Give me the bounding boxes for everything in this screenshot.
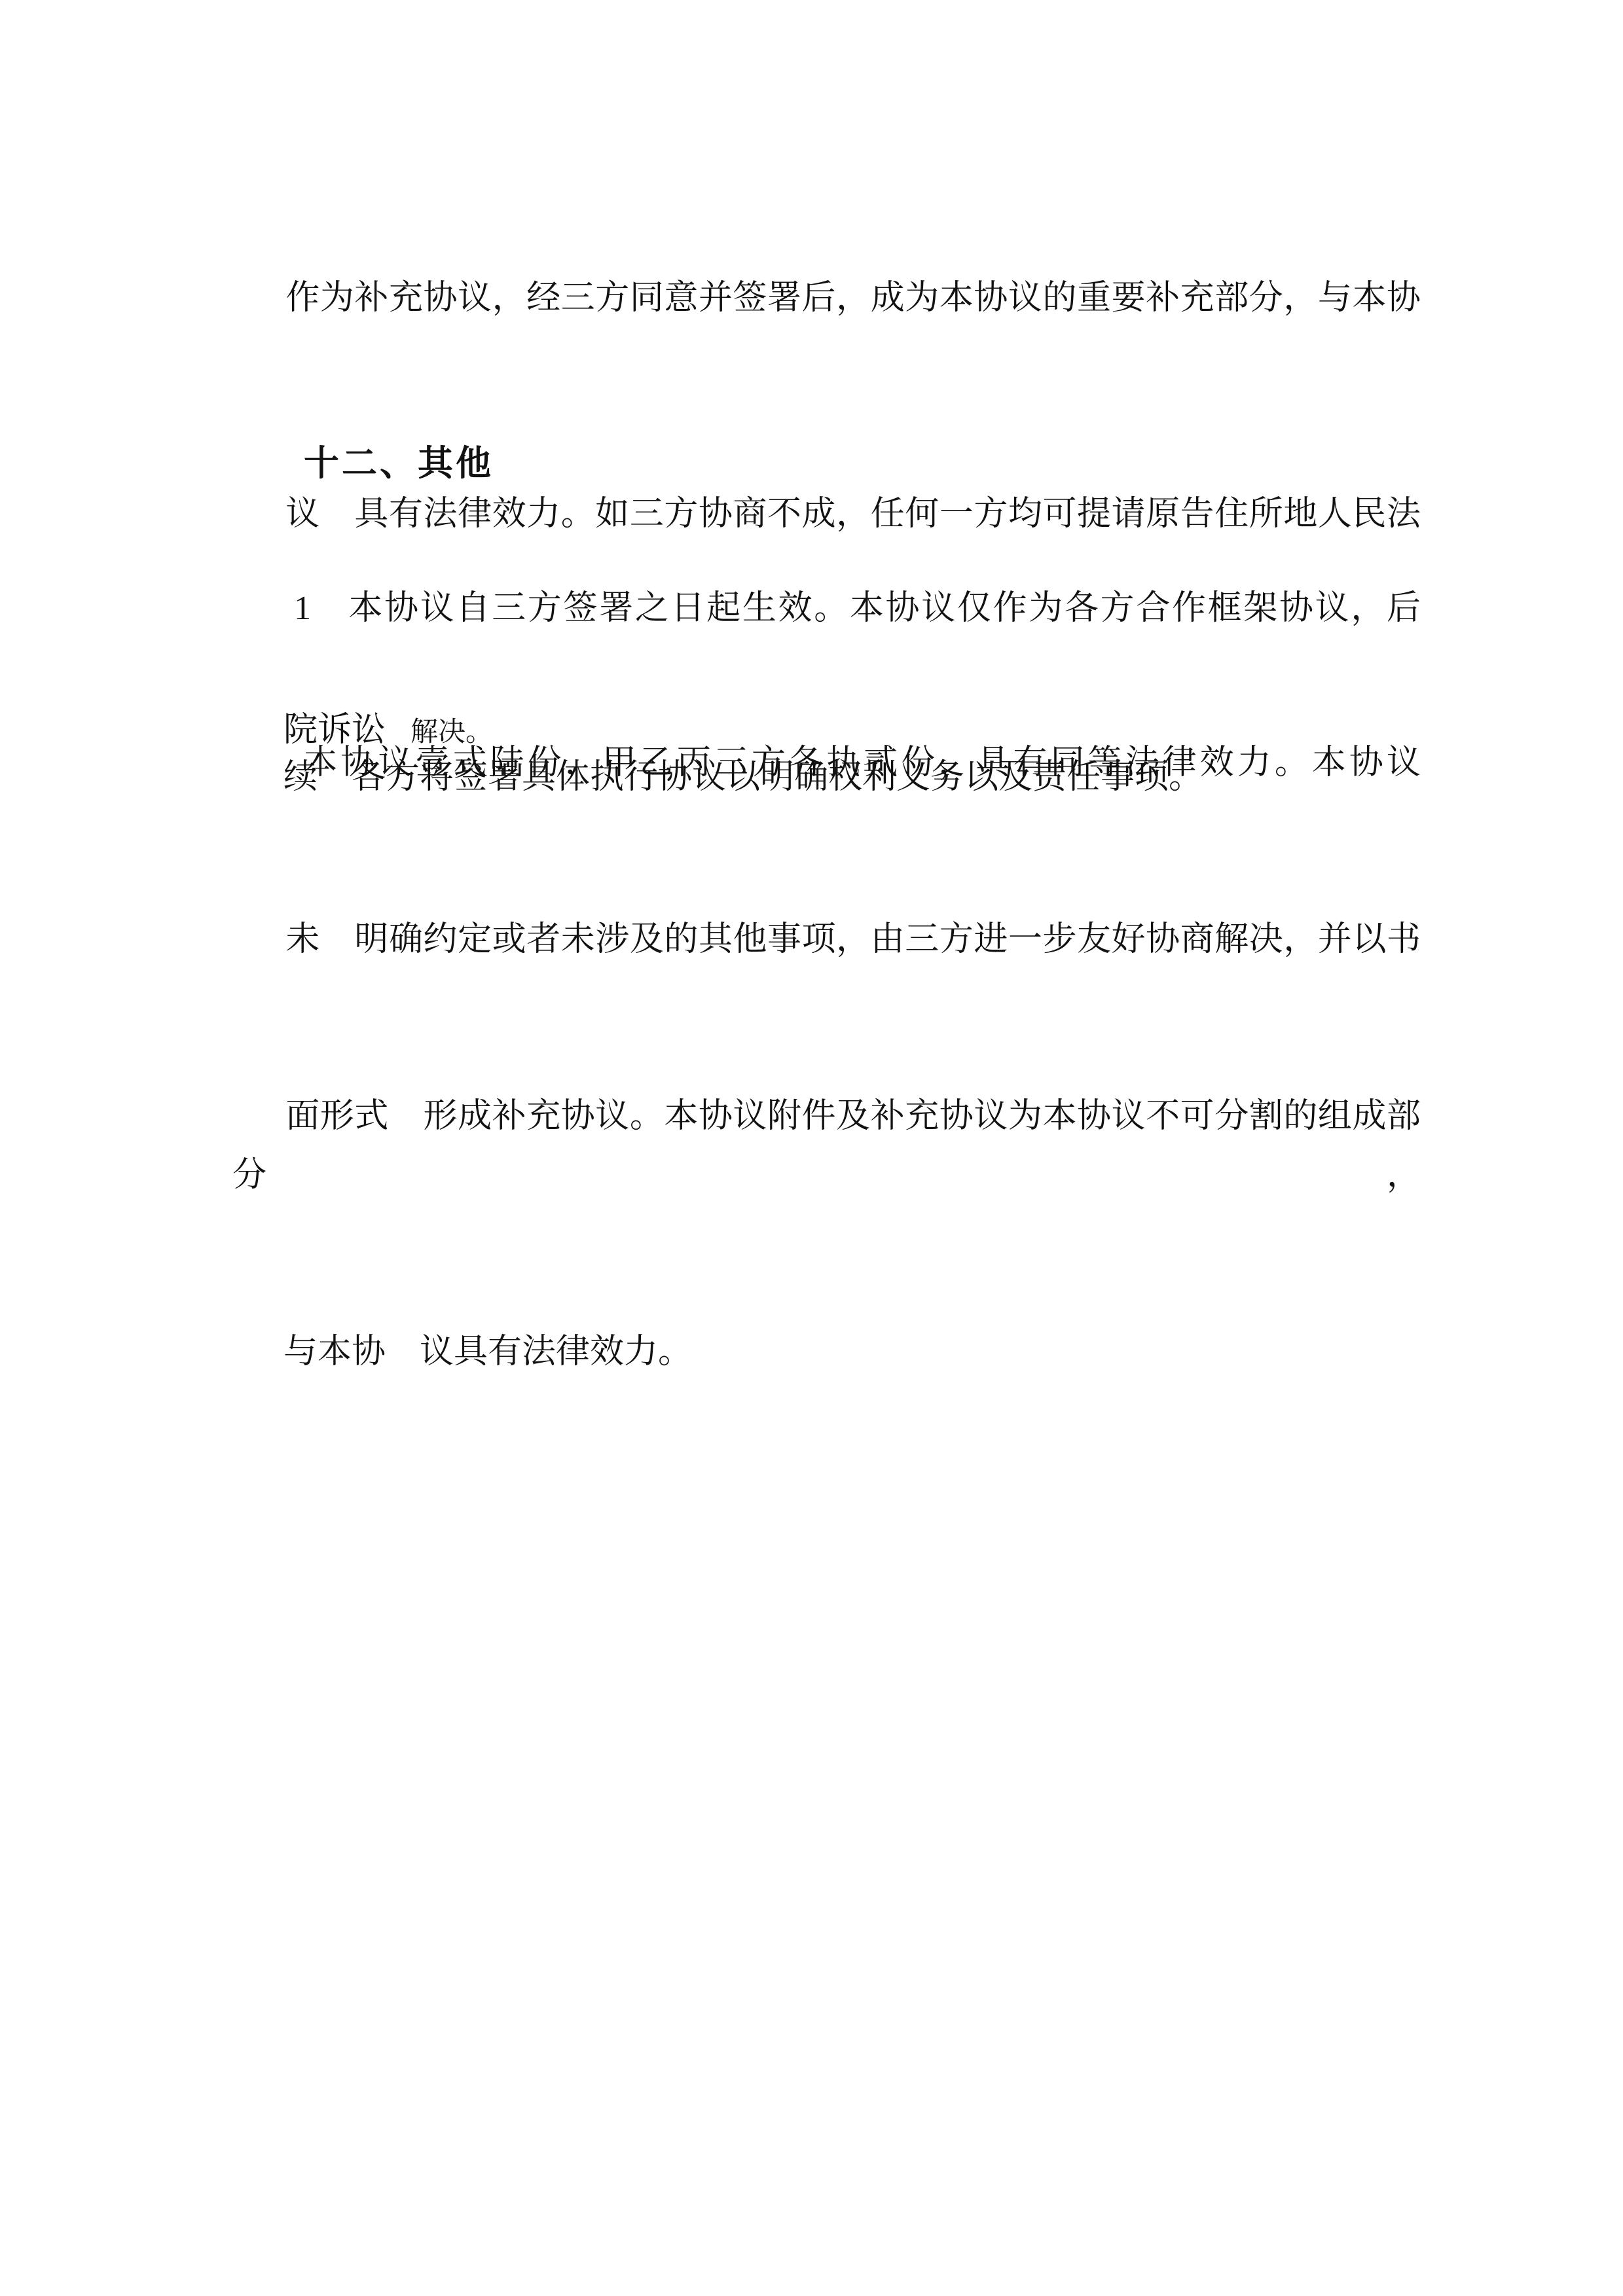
section-heading-12-other: 十二、其他 [304,439,494,488]
line-text: 作为补充协议，经三方同意并签署后，成为本协议的重要补充部分，与本协 [285,279,1421,317]
paragraph-line: 与本协 议具有法律效力。 [232,1264,1421,1441]
paragraph-counterparts: 本协议壹式陆份，甲乙丙三方各执贰份，具有同等法律效力。本协议 未 明确约定或者未… [232,675,1421,1441]
paragraph-line: 未 明确约定或者未涉及的其他事项，由三方进一步友好协商解决，并以书 [232,852,1421,1028]
line-text: 未 明确约定或者未涉及的其他事项，由三方进一步友好协商解决，并以书 [285,921,1421,958]
document-page: 作为补充协议，经三方同意并签署后，成为本协议的重要补充部分，与本协 议 具有法律… [0,0,1623,2296]
line-text: 与本协 议具有法律效力。 [283,1333,692,1371]
line-text: 本协议壹式陆份，甲乙丙三方各执贰份，具有同等法律效力。本协议 [303,744,1421,781]
line-text: 1 本协议自三方签署之日起生效。本协议仅作为各方合作框架协议，后 [294,590,1421,627]
paragraph-line: 作为补充协议，经三方同意并签署后，成为本协议的重要补充部分，与本协 [232,190,1421,406]
line-text: 面形式 形成补充协议。本协议附件及补充协议为本协议不可分割的组成部分， [232,1098,1421,1194]
paragraph-line: 1 本协议自三方签署之日起生效。本协议仅作为各方合作框架协议，后 [232,524,1421,693]
paragraph-line: 面形式 形成补充协议。本协议附件及补充协议为本协议不可分割的组成部分， [232,1028,1421,1264]
paragraph-line: 本协议壹式陆份，甲乙丙三方各执贰份，具有同等法律效力。本协议 [232,675,1421,852]
